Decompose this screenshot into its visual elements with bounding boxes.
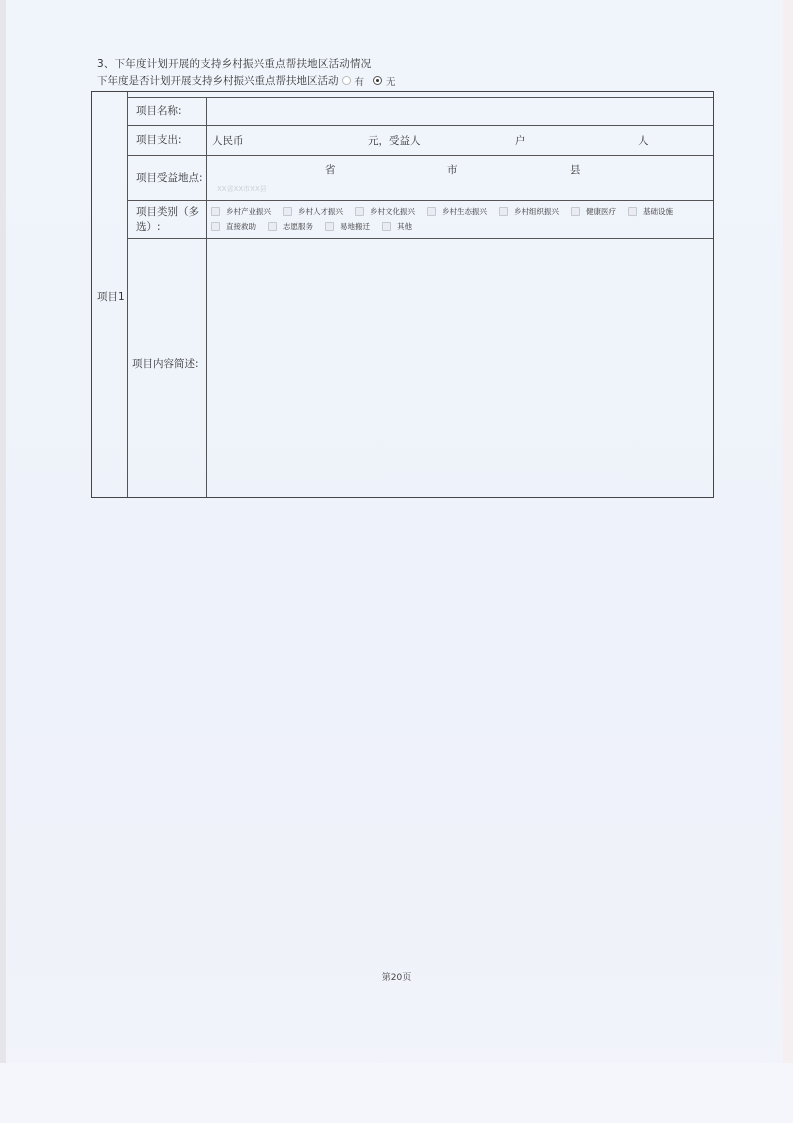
row-project-content: 项目内容简述: <box>128 239 713 497</box>
radio-yes[interactable] <box>342 76 351 85</box>
project-form-table: 项目1 项目名称: 项目支出: 人民币 元，受益人 户 人 项目受益地点: 省 … <box>91 91 714 498</box>
county-label: 县 <box>570 162 581 177</box>
category-label: 基础设施 <box>643 206 673 217</box>
checkbox[interactable] <box>427 207 436 216</box>
radio-yes-label: 有 <box>355 74 365 88</box>
category-option[interactable]: 乡村组织振兴 <box>499 205 559 217</box>
radio-no[interactable] <box>373 76 382 85</box>
category-option[interactable]: 直接救助 <box>211 220 256 232</box>
checkbox[interactable] <box>499 207 508 216</box>
scan-bottom-band <box>0 1063 793 1123</box>
category-option[interactable]: 志愿服务 <box>268 220 313 232</box>
scan-edge-left <box>0 0 6 1123</box>
yuan-beneficiary-label: 元，受益人 <box>368 133 421 148</box>
project-expense-label: 项目支出: <box>128 126 207 155</box>
category-option[interactable]: 乡村生态振兴 <box>427 205 487 217</box>
category-option[interactable]: 其他 <box>382 220 412 232</box>
project-location-field[interactable]: 省 市 县 XX省XX市XX县 <box>207 156 713 200</box>
project-category-field: 乡村产业振兴 乡村人才振兴 乡村文化振兴 乡村生态振兴 乡村组织振兴 健康医疗 … <box>207 201 713 238</box>
activity-radio-group: 有 无 <box>342 74 405 88</box>
category-label: 易地搬迁 <box>340 221 370 232</box>
category-label: 乡村生态振兴 <box>442 206 487 217</box>
document-page: 3、下年度计划开展的支持乡村振兴重点帮扶地区活动情况 下年度是否计划开展支持乡村… <box>0 0 793 1123</box>
activity-question: 下年度是否计划开展支持乡村振兴重点帮扶地区活动 有 无 <box>97 73 405 88</box>
project-name-field[interactable] <box>207 98 713 125</box>
question-text: 下年度是否计划开展支持乡村振兴重点帮扶地区活动 <box>97 73 339 88</box>
project-content-field[interactable] <box>207 239 713 497</box>
city-label: 市 <box>447 162 458 177</box>
category-option[interactable]: 乡村文化振兴 <box>355 205 415 217</box>
project-content-label-cell: 项目内容简述: <box>128 239 207 497</box>
category-label: 乡村人才振兴 <box>298 206 343 217</box>
page-number: 第20页 <box>0 970 793 983</box>
category-label: 直接救助 <box>226 221 256 232</box>
category-option[interactable]: 易地搬迁 <box>325 220 370 232</box>
project-name-label: 项目名称: <box>128 98 207 125</box>
checkbox[interactable] <box>628 207 637 216</box>
checkbox[interactable] <box>382 222 391 231</box>
category-option[interactable]: 乡村产业振兴 <box>211 205 271 217</box>
project-label: 项目1 <box>97 289 125 304</box>
project-location-label: 项目受益地点: <box>128 156 207 200</box>
category-option[interactable]: 乡村人才振兴 <box>283 205 343 217</box>
checkbox[interactable] <box>211 222 220 231</box>
category-label: 乡村文化振兴 <box>370 206 415 217</box>
project-expense-field[interactable]: 人民币 元，受益人 户 人 <box>207 126 713 155</box>
project-category-label: 项目类别（多选）: <box>128 201 207 238</box>
checkbox[interactable] <box>325 222 334 231</box>
category-option[interactable]: 基础设施 <box>628 205 673 217</box>
checkbox[interactable] <box>268 222 277 231</box>
checkbox[interactable] <box>211 207 220 216</box>
category-options: 乡村产业振兴 乡村人才振兴 乡村文化振兴 乡村生态振兴 乡村组织振兴 健康医疗 … <box>211 205 707 232</box>
row-project-name: 项目名称: <box>128 97 713 126</box>
persons-label: 人 <box>638 133 649 148</box>
checkbox[interactable] <box>355 207 364 216</box>
location-placeholder: XX省XX市XX县 <box>217 184 267 194</box>
households-label: 户 <box>515 133 526 148</box>
checkbox[interactable] <box>571 207 580 216</box>
project-column: 项目1 <box>92 92 128 497</box>
category-label: 其他 <box>397 221 412 232</box>
category-label: 志愿服务 <box>283 221 313 232</box>
currency-label: 人民币 <box>212 133 244 148</box>
category-label: 乡村产业振兴 <box>226 206 271 217</box>
radio-no-label: 无 <box>386 74 396 88</box>
project-content-label: 项目内容简述: <box>132 356 199 371</box>
category-option[interactable]: 健康医疗 <box>571 205 616 217</box>
category-label: 乡村组织振兴 <box>514 206 559 217</box>
province-label: 省 <box>325 162 336 177</box>
row-project-location: 项目受益地点: 省 市 县 XX省XX市XX县 <box>128 156 713 201</box>
scan-edge-right <box>783 0 793 1123</box>
section-title: 3、下年度计划开展的支持乡村振兴重点帮扶地区活动情况 <box>97 56 371 71</box>
row-project-category: 项目类别（多选）: 乡村产业振兴 乡村人才振兴 乡村文化振兴 乡村生态振兴 乡村… <box>128 201 713 239</box>
checkbox[interactable] <box>283 207 292 216</box>
category-label: 健康医疗 <box>586 206 616 217</box>
row-project-expense: 项目支出: 人民币 元，受益人 户 人 <box>128 126 713 156</box>
